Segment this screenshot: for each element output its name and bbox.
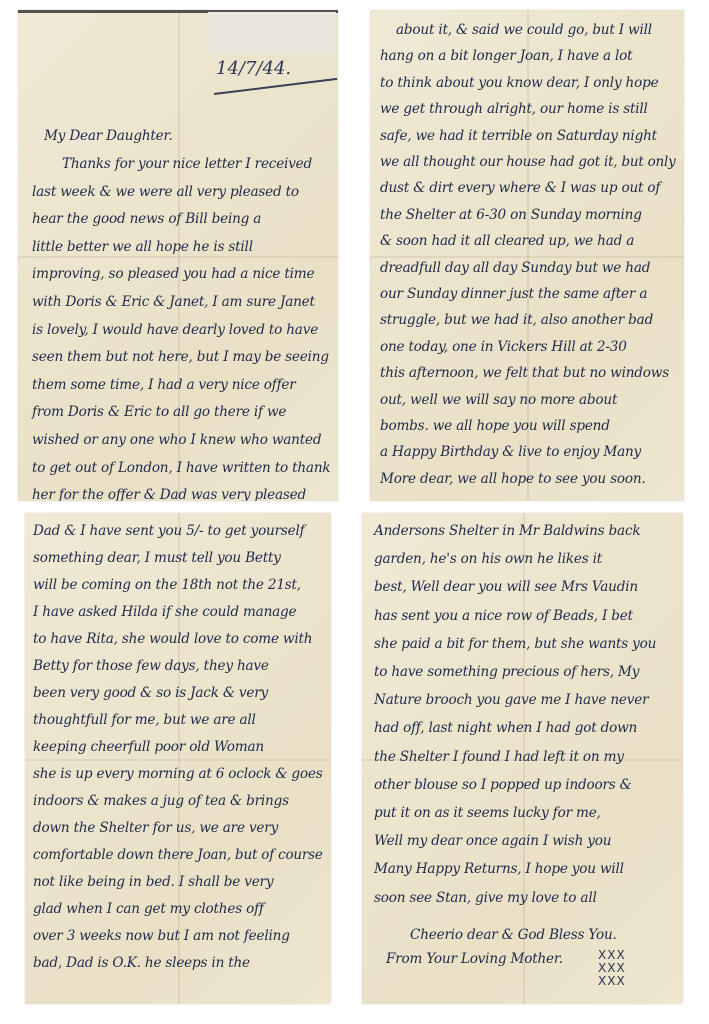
handwritten-line: Nature brooch you gave me I have never: [374, 692, 648, 708]
handwritten-line: & soon had it all cleared up, we had a: [380, 233, 634, 249]
handwritten-line: this afternoon, we felt that but no wind…: [380, 365, 669, 381]
handwritten-line: Betty for those few days, they have: [33, 658, 269, 674]
closing-blessing: Cheerio dear & God Bless You.: [410, 927, 617, 943]
handwritten-line: thoughtfull for me, but we are all: [33, 712, 256, 728]
page-1-text: My Dear Daughter. Thanks for your nice l…: [18, 10, 338, 501]
handwritten-line: is lovely, I would have dearly loved to …: [32, 322, 318, 338]
handwritten-line: to have Rita, she would love to come wit…: [33, 631, 312, 647]
handwritten-line: I have asked Hilda if she could manage: [33, 604, 296, 620]
handwritten-line: from Doris & Eric to all go there if we: [32, 404, 286, 420]
page-4-text: Andersons Shelter in Mr Baldwins backgar…: [362, 513, 683, 1004]
handwritten-line: garden, he's on his own he likes it: [374, 551, 602, 567]
closing-signature: From Your Loving Mother.: [386, 951, 563, 967]
handwritten-line: down the Shelter for us, we are very: [33, 820, 278, 836]
handwritten-line: she paid a bit for them, but she wants y…: [374, 636, 656, 652]
handwritten-line: about it, & said we could go, but I will: [396, 22, 652, 38]
handwritten-line: comfortable down there Joan, but of cour…: [33, 847, 323, 863]
handwritten-line: Many Happy Returns, I hope you will: [374, 861, 624, 877]
letter-page-2: about it, & said we could go, but I will…: [370, 10, 684, 501]
handwritten-line: the Shelter at 6-30 on Sunday morning: [380, 207, 642, 223]
handwritten-line: bombs. we all hope you will spend: [380, 418, 610, 434]
handwritten-line: other blouse so I popped up indoors &: [374, 777, 632, 793]
page-3-text: Dad & I have sent you 5/- to get yoursel…: [25, 513, 331, 1004]
handwritten-line: something dear, I must tell you Betty: [33, 550, 281, 566]
handwritten-line: she is up every morning at 6 oclock & go…: [33, 766, 323, 782]
handwritten-line: indoors & makes a jug of tea & brings: [33, 793, 289, 809]
handwritten-line: struggle, but we had it, also another ba…: [380, 312, 653, 328]
handwritten-line: Andersons Shelter in Mr Baldwins back: [374, 523, 640, 539]
kisses-row: XXX: [598, 975, 626, 988]
handwritten-line: to get out of London, I have written to …: [32, 460, 330, 476]
handwritten-line: a Happy Birthday & live to enjoy Many: [380, 444, 641, 460]
letter-page-3: Dad & I have sent you 5/- to get yoursel…: [25, 513, 331, 1004]
handwritten-line: hang on a bit longer Joan, I have a lot: [380, 48, 632, 64]
letter-page-4: Andersons Shelter in Mr Baldwins backgar…: [362, 513, 683, 1004]
handwritten-line: best, Well dear you will see Mrs Vaudin: [374, 579, 638, 595]
handwritten-line: we get through alright, our home is stil…: [380, 101, 648, 117]
letter-page-1: 14/7/44. My Dear Daughter. Thanks for yo…: [18, 10, 338, 501]
handwritten-line: glad when I can get my clothes off: [33, 901, 264, 917]
handwritten-line: we all thought our house had got it, but…: [380, 154, 676, 170]
page-2-text: about it, & said we could go, but I will…: [370, 10, 684, 501]
handwritten-line: soon see Stan, give my love to all: [374, 890, 597, 906]
handwritten-line: with Doris & Eric & Janet, I am sure Jan…: [32, 294, 315, 310]
handwritten-line: been very good & so is Jack & very: [33, 685, 268, 701]
handwritten-line: Well my dear once again I wish you: [374, 833, 611, 849]
handwritten-line: her for the offer & Dad was very pleased: [32, 487, 306, 501]
handwritten-line: to have something precious of hers, My: [374, 664, 639, 680]
handwritten-line: seen them but not here, but I may be see…: [32, 349, 329, 365]
handwritten-line: Thanks for your nice letter I received: [62, 156, 312, 172]
salutation: My Dear Daughter.: [44, 128, 172, 144]
handwritten-line: out, well we will say no more about: [380, 392, 617, 408]
handwritten-line: hear the good news of Bill being a: [32, 211, 261, 227]
handwritten-line: dust & dirt every where & I was up out o…: [380, 180, 660, 196]
kisses: XXX XXX XXX: [598, 949, 626, 988]
handwritten-line: to think about you know dear, I only hop…: [380, 75, 658, 91]
handwritten-line: will be coming on the 18th not the 21st,: [33, 577, 301, 593]
handwritten-line: More dear, we all hope to see you soon.: [380, 471, 646, 487]
handwritten-line: had off, last night when I had got down: [374, 720, 637, 736]
handwritten-line: one today, one in Vickers Hill at 2-30: [380, 339, 627, 355]
handwritten-line: has sent you a nice row of Beads, I bet: [374, 608, 633, 624]
handwritten-line: our Sunday dinner just the same after a: [380, 286, 647, 302]
handwritten-line: safe, we had it terrible on Saturday nig…: [380, 128, 657, 144]
handwritten-line: keeping cheerfull poor old Woman: [33, 739, 264, 755]
handwritten-line: over 3 weeks now but I am not feeling: [33, 928, 290, 944]
handwritten-line: not like being in bed. I shall be very: [33, 874, 273, 890]
handwritten-line: little better we all hope he is still: [32, 239, 253, 255]
handwritten-line: Dad & I have sent you 5/- to get yoursel…: [33, 523, 305, 539]
handwritten-line: put it on as it seems lucky for me,: [374, 805, 601, 821]
handwritten-line: them some time, I had a very nice offer: [32, 377, 296, 393]
handwritten-line: wished or any one who I knew who wanted: [32, 432, 321, 448]
handwritten-line: improving, so pleased you had a nice tim…: [32, 266, 314, 282]
handwritten-line: dreadfull day all day Sunday but we had: [380, 260, 650, 276]
handwritten-line: last week & we were all very pleased to: [32, 184, 299, 200]
handwritten-line: the Shelter I found I had left it on my: [374, 749, 624, 765]
handwritten-line: bad, Dad is O.K. he sleeps in the: [33, 955, 250, 971]
